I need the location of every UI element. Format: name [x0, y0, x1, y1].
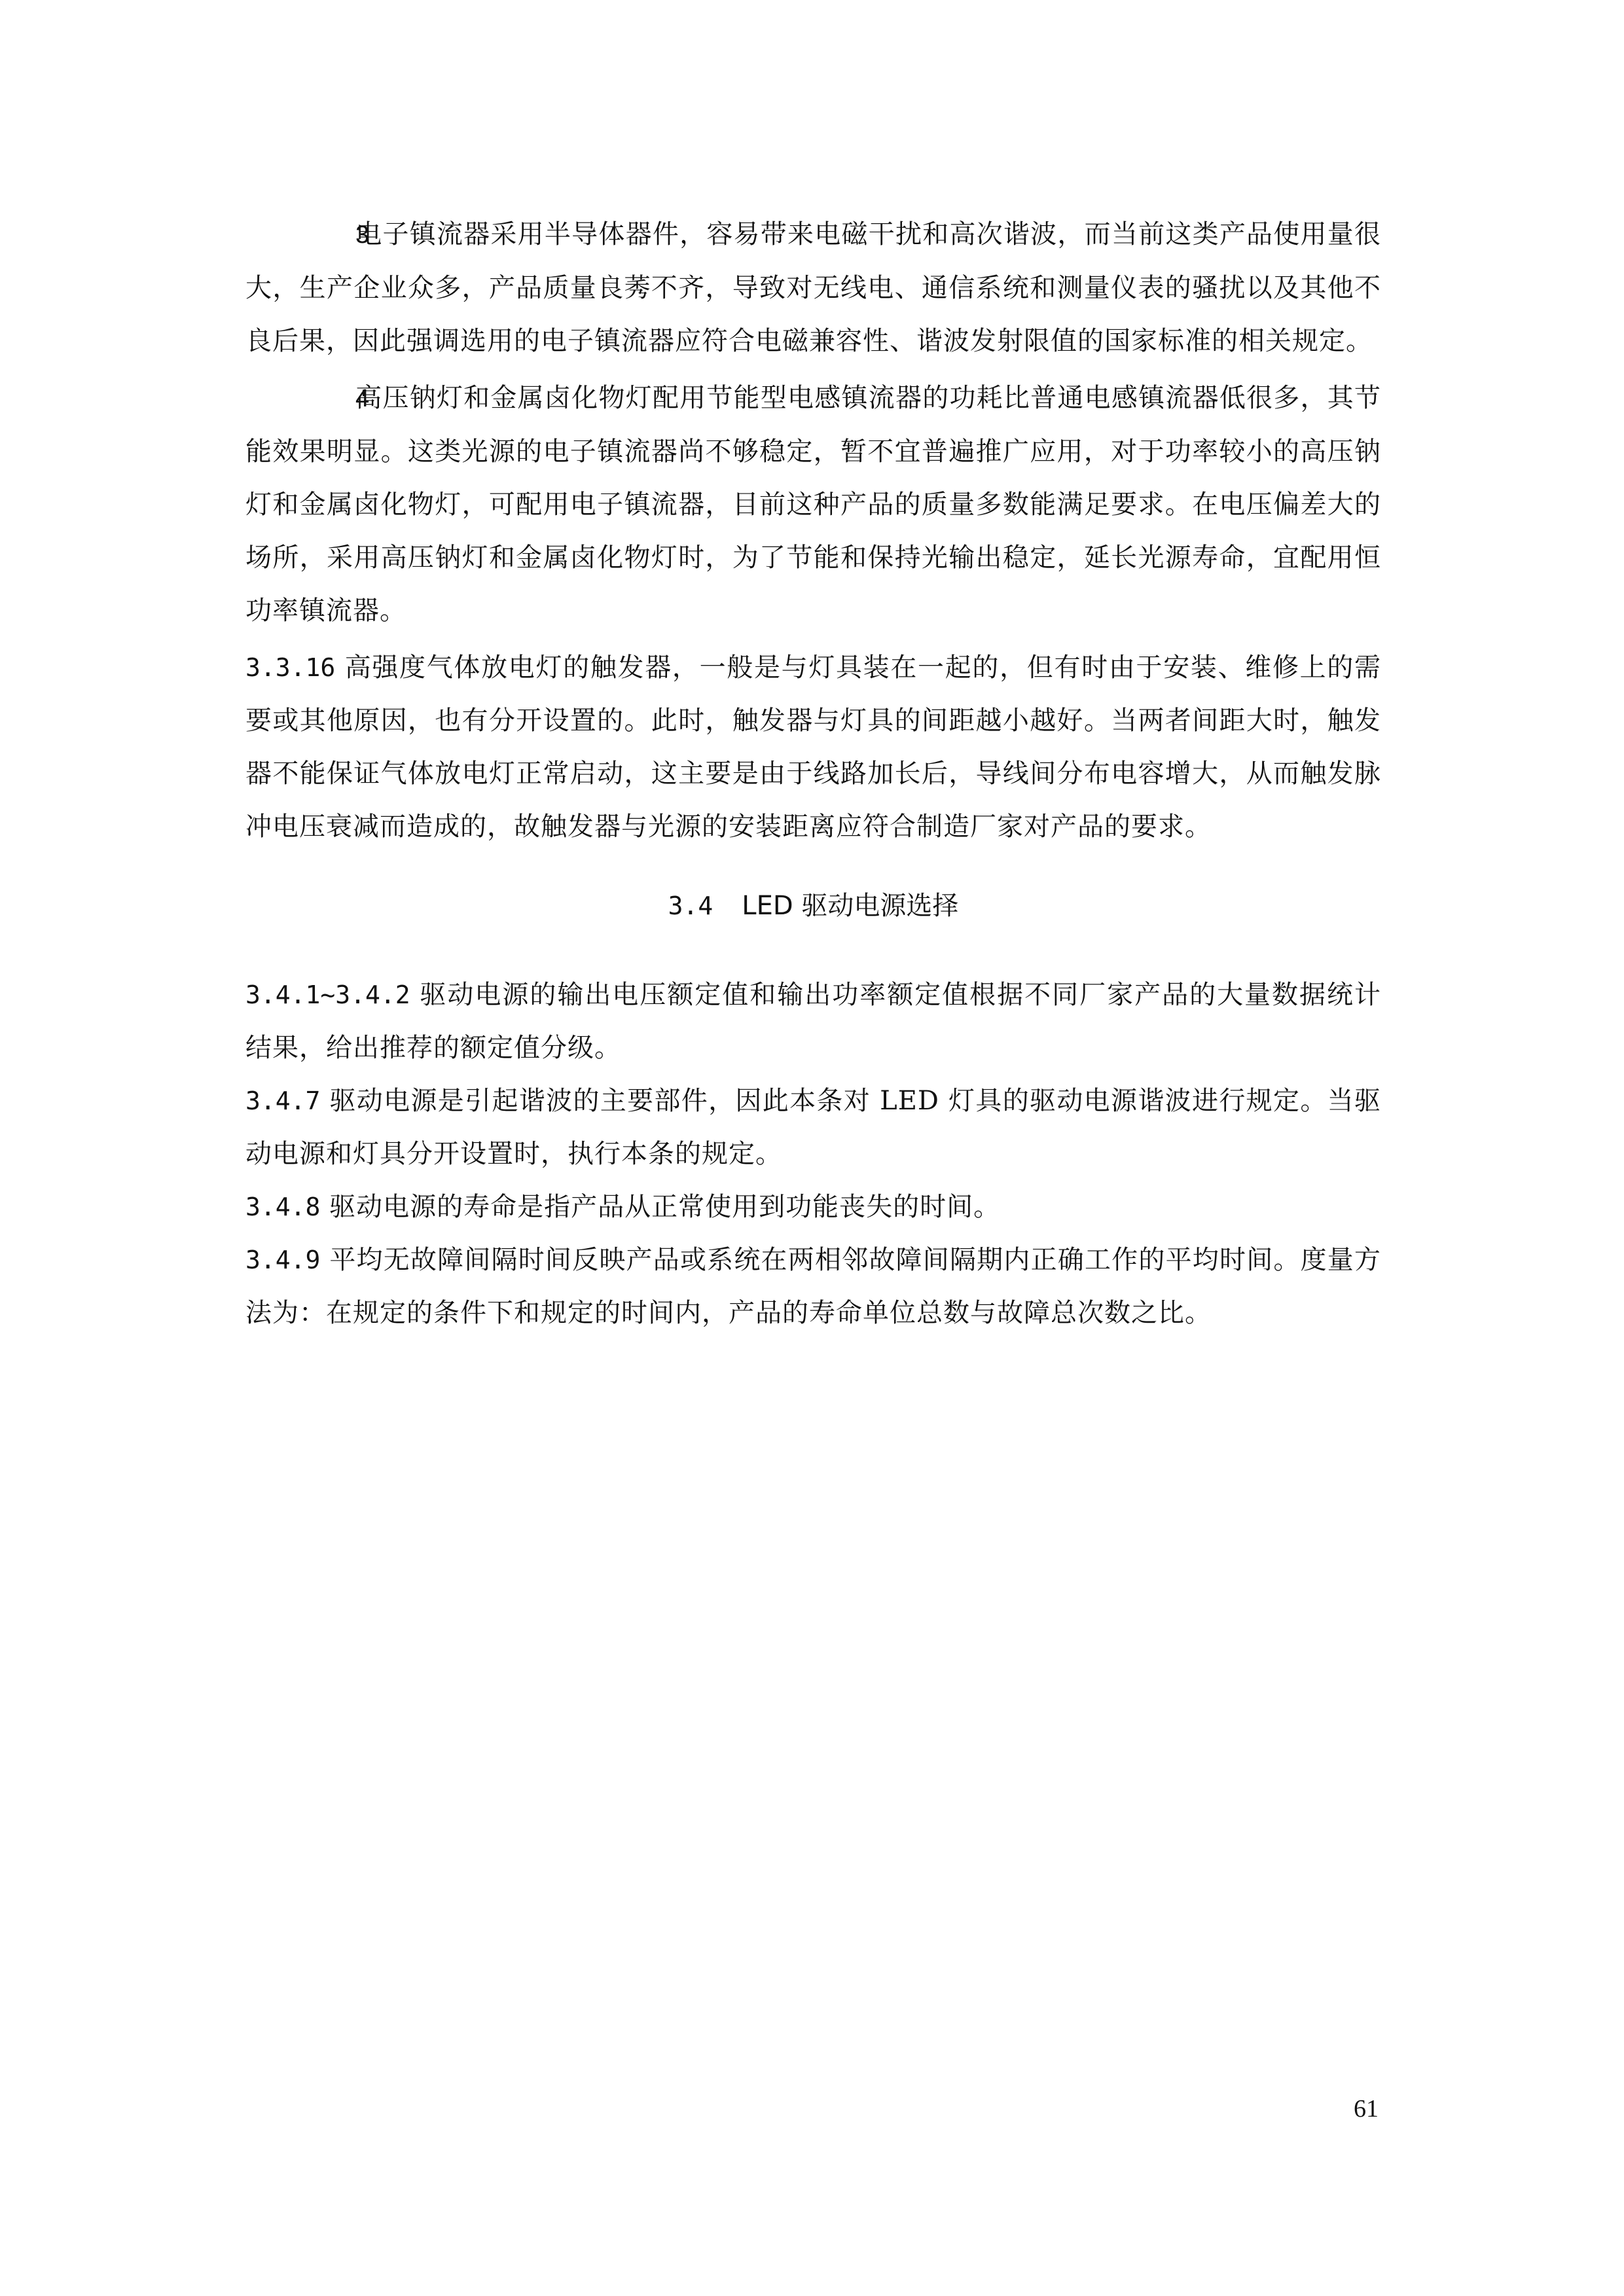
clause-3-4-1-to-3-4-2: 3.4.1~3.4.2 驱动电源的输出电压额定值和输出功率额定值根据不同厂家产品…	[245, 969, 1381, 1075]
clause-number: 3.4.9	[245, 1246, 320, 1274]
item-text: 电子镇流器采用半导体器件，容易带来电磁干扰和高次谐波，而当前这类产品使用量很大，…	[245, 219, 1381, 356]
item-number: 3	[300, 209, 355, 262]
clause-3-4-8: 3.4.8 驱动电源的寿命是指产品从正常使用到功能丧失的时间。	[245, 1181, 1381, 1234]
clause-3-4-9: 3.4.9 平均无故障间隔时间反映产品或系统在两相邻故障间隔期内正确工作的平均时…	[245, 1234, 1381, 1340]
section-heading: 3.4LED 驱动电源选择	[245, 880, 1381, 933]
clause-3-3-16: 3.3.16 高强度气体放电灯的触发器，一般是与灯具装在一起的，但有时由于安装、…	[245, 641, 1381, 853]
clause-text: 驱动电源的寿命是指产品从正常使用到功能丧失的时间。	[329, 1192, 1000, 1222]
clause-text: 驱动电源的输出电压额定值和输出功率额定值根据不同厂家产品的大量数据统计结果，给出…	[245, 980, 1381, 1063]
list-item-3: 3电子镇流器采用半导体器件，容易带来电磁干扰和高次谐波，而当前这类产品使用量很大…	[245, 208, 1381, 368]
clause-text: 高强度气体放电灯的触发器，一般是与灯具装在一起的，但有时由于安装、维修上的需要或…	[245, 653, 1381, 842]
clause-number: 3.4.7	[245, 1086, 320, 1115]
clause-text: 驱动电源是引起谐波的主要部件，因此本条对 LED 灯具的驱动电源谐波进行规定。当…	[245, 1086, 1381, 1169]
clause-3-4-7: 3.4.7 驱动电源是引起谐波的主要部件，因此本条对 LED 灯具的驱动电源谐波…	[245, 1075, 1381, 1181]
clause-number: 3.4.1~3.4.2	[245, 980, 410, 1009]
document-page: 3电子镇流器采用半导体器件，容易带来电磁干扰和高次谐波，而当前这类产品使用量很大…	[245, 208, 1381, 1340]
list-item-4: 4高压钠灯和金属卤化物灯配用节能型电感镇流器的功耗比普通电感镇流器低很多，其节能…	[245, 372, 1381, 637]
clause-text: 平均无故障间隔时间反映产品或系统在两相邻故障间隔期内正确工作的平均时间。度量方法…	[245, 1245, 1381, 1328]
item-number: 4	[300, 372, 355, 425]
section-number: 3.4	[668, 891, 713, 920]
clause-number: 3.3.16	[245, 653, 335, 682]
section-title-text: LED 驱动电源选择	[742, 891, 958, 921]
page-number: 61	[1354, 2094, 1379, 2123]
item-text: 高压钠灯和金属卤化物灯配用节能型电感镇流器的功耗比普通电感镇流器低很多，其节能效…	[245, 383, 1381, 626]
clause-number: 3.4.8	[245, 1193, 320, 1221]
